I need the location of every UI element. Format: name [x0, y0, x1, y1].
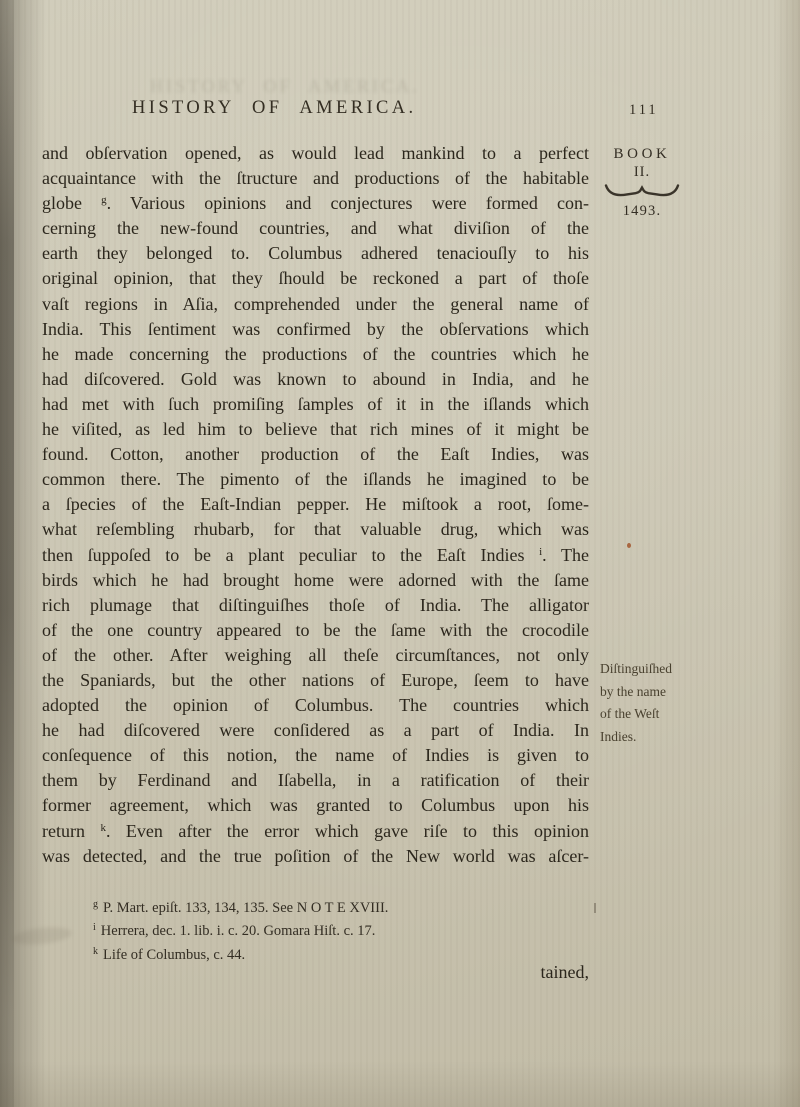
- year-label: 1493.: [597, 203, 687, 220]
- text-line: India. This ſentiment was confirmed by t…: [42, 317, 589, 342]
- page-title: HISTORY OF AMERICA.: [132, 98, 417, 119]
- text-line: rich plumage that diſtinguiſhes thoſe of…: [42, 593, 589, 618]
- text-line: earth they belonged to. Columbus adhered…: [42, 241, 589, 266]
- book-page: HISTORY OF AMERICA. HISTORY OF AMERICA. …: [0, 0, 800, 1107]
- text-line: he made concerning the productions of th…: [42, 342, 589, 367]
- margin-side-note: Diſtinguiſhed by the name of the Weſt In…: [600, 658, 715, 748]
- text-line: return k. Even after the error which gav…: [42, 819, 589, 844]
- text-line: was detected, and the true poſition of t…: [42, 844, 589, 869]
- text-line: of the one country appeared to be the ſa…: [42, 618, 589, 643]
- footnotes-block: gP. Mart. epiſt. 133, 134, 135. See N O …: [93, 897, 598, 967]
- text-line: vaſt regions in Aſia, comprehended under…: [42, 292, 589, 317]
- catchword: tained,: [42, 962, 589, 983]
- margin-book-heading: BOOK II. 1493.: [597, 146, 687, 220]
- text-line: conſequence of this notion, the name of …: [42, 743, 589, 768]
- body-text: and obſervation opened, as would lead ma…: [42, 141, 589, 869]
- text-line: adopted the opinion of Columbus. The cou…: [42, 693, 589, 718]
- text-line: had diſcovered. Gold was known to abound…: [42, 367, 589, 392]
- text-line: a ſpecies of the Eaſt-Indian pepper. He …: [42, 492, 589, 517]
- show-through-ghost: HISTORY OF AMERICA.: [150, 76, 420, 97]
- footnote-text: Herrera, dec. 1. lib. i. c. 20. Gomara H…: [101, 923, 376, 939]
- page-bottom-shade: [0, 1061, 800, 1107]
- side-note-line: Diſtinguiſhed: [600, 658, 715, 681]
- text-line: the Spaniards, but the other nations of …: [42, 668, 589, 693]
- footnote: gP. Mart. epiſt. 133, 134, 135. See N O …: [93, 897, 598, 920]
- text-line: common there. The pimento of the iſlands…: [42, 467, 589, 492]
- book-number: II.: [597, 164, 687, 181]
- gutter-shadow-core: [0, 0, 14, 1107]
- text-line: found. Cotton, another production of the…: [42, 442, 589, 467]
- text-line: had met with ſuch promiſing ſamples of i…: [42, 392, 589, 417]
- text-line: of the other. After weighing all theſe c…: [42, 643, 589, 668]
- text-line: acquaintance with the ſtructure and prod…: [42, 166, 589, 191]
- text-line: cerning the new-found countries, and wha…: [42, 216, 589, 241]
- text-line: then ſuppoſed to be a plant peculiar to …: [42, 543, 589, 568]
- text-line: globe g. Various opinions and conjecture…: [42, 191, 589, 216]
- text-line: he viſited, as led him to believe that r…: [42, 417, 589, 442]
- footnote: iHerrera, dec. 1. lib. i. c. 20. Gomara …: [93, 920, 598, 943]
- text-line: former agreement, which was granted to C…: [42, 793, 589, 818]
- page-number: 111: [629, 102, 659, 119]
- side-note-line: by the name: [600, 681, 715, 704]
- text-line: birds which he had brought home were ado…: [42, 568, 589, 593]
- footnote-text: P. Mart. epiſt. 133, 134, 135. See N O T…: [103, 900, 388, 916]
- ink-speck: [627, 543, 631, 548]
- text-line: he had diſcovered were conſidered as a p…: [42, 718, 589, 743]
- footnote-marker: i: [93, 922, 96, 933]
- footnote-marker: g: [93, 899, 98, 910]
- footnote-text: Life of Columbus, c. 44.: [103, 947, 245, 963]
- side-note-line: Indies.: [600, 726, 715, 749]
- ink-mark: [594, 903, 596, 913]
- margin-brace-icon: [597, 183, 687, 199]
- text-line: original opinion, that they ſhould be re…: [42, 266, 589, 291]
- footnote-marker: k: [93, 946, 98, 957]
- side-note-line: of the Weſt: [600, 703, 715, 726]
- text-line: what reſembling rhubarb, for that valuab…: [42, 517, 589, 542]
- text-line: and obſervation opened, as would lead ma…: [42, 141, 589, 166]
- book-label: BOOK: [597, 146, 687, 163]
- page-edge-shade: [774, 0, 800, 1107]
- text-line: them by Ferdinand and Iſabella, in a rat…: [42, 768, 589, 793]
